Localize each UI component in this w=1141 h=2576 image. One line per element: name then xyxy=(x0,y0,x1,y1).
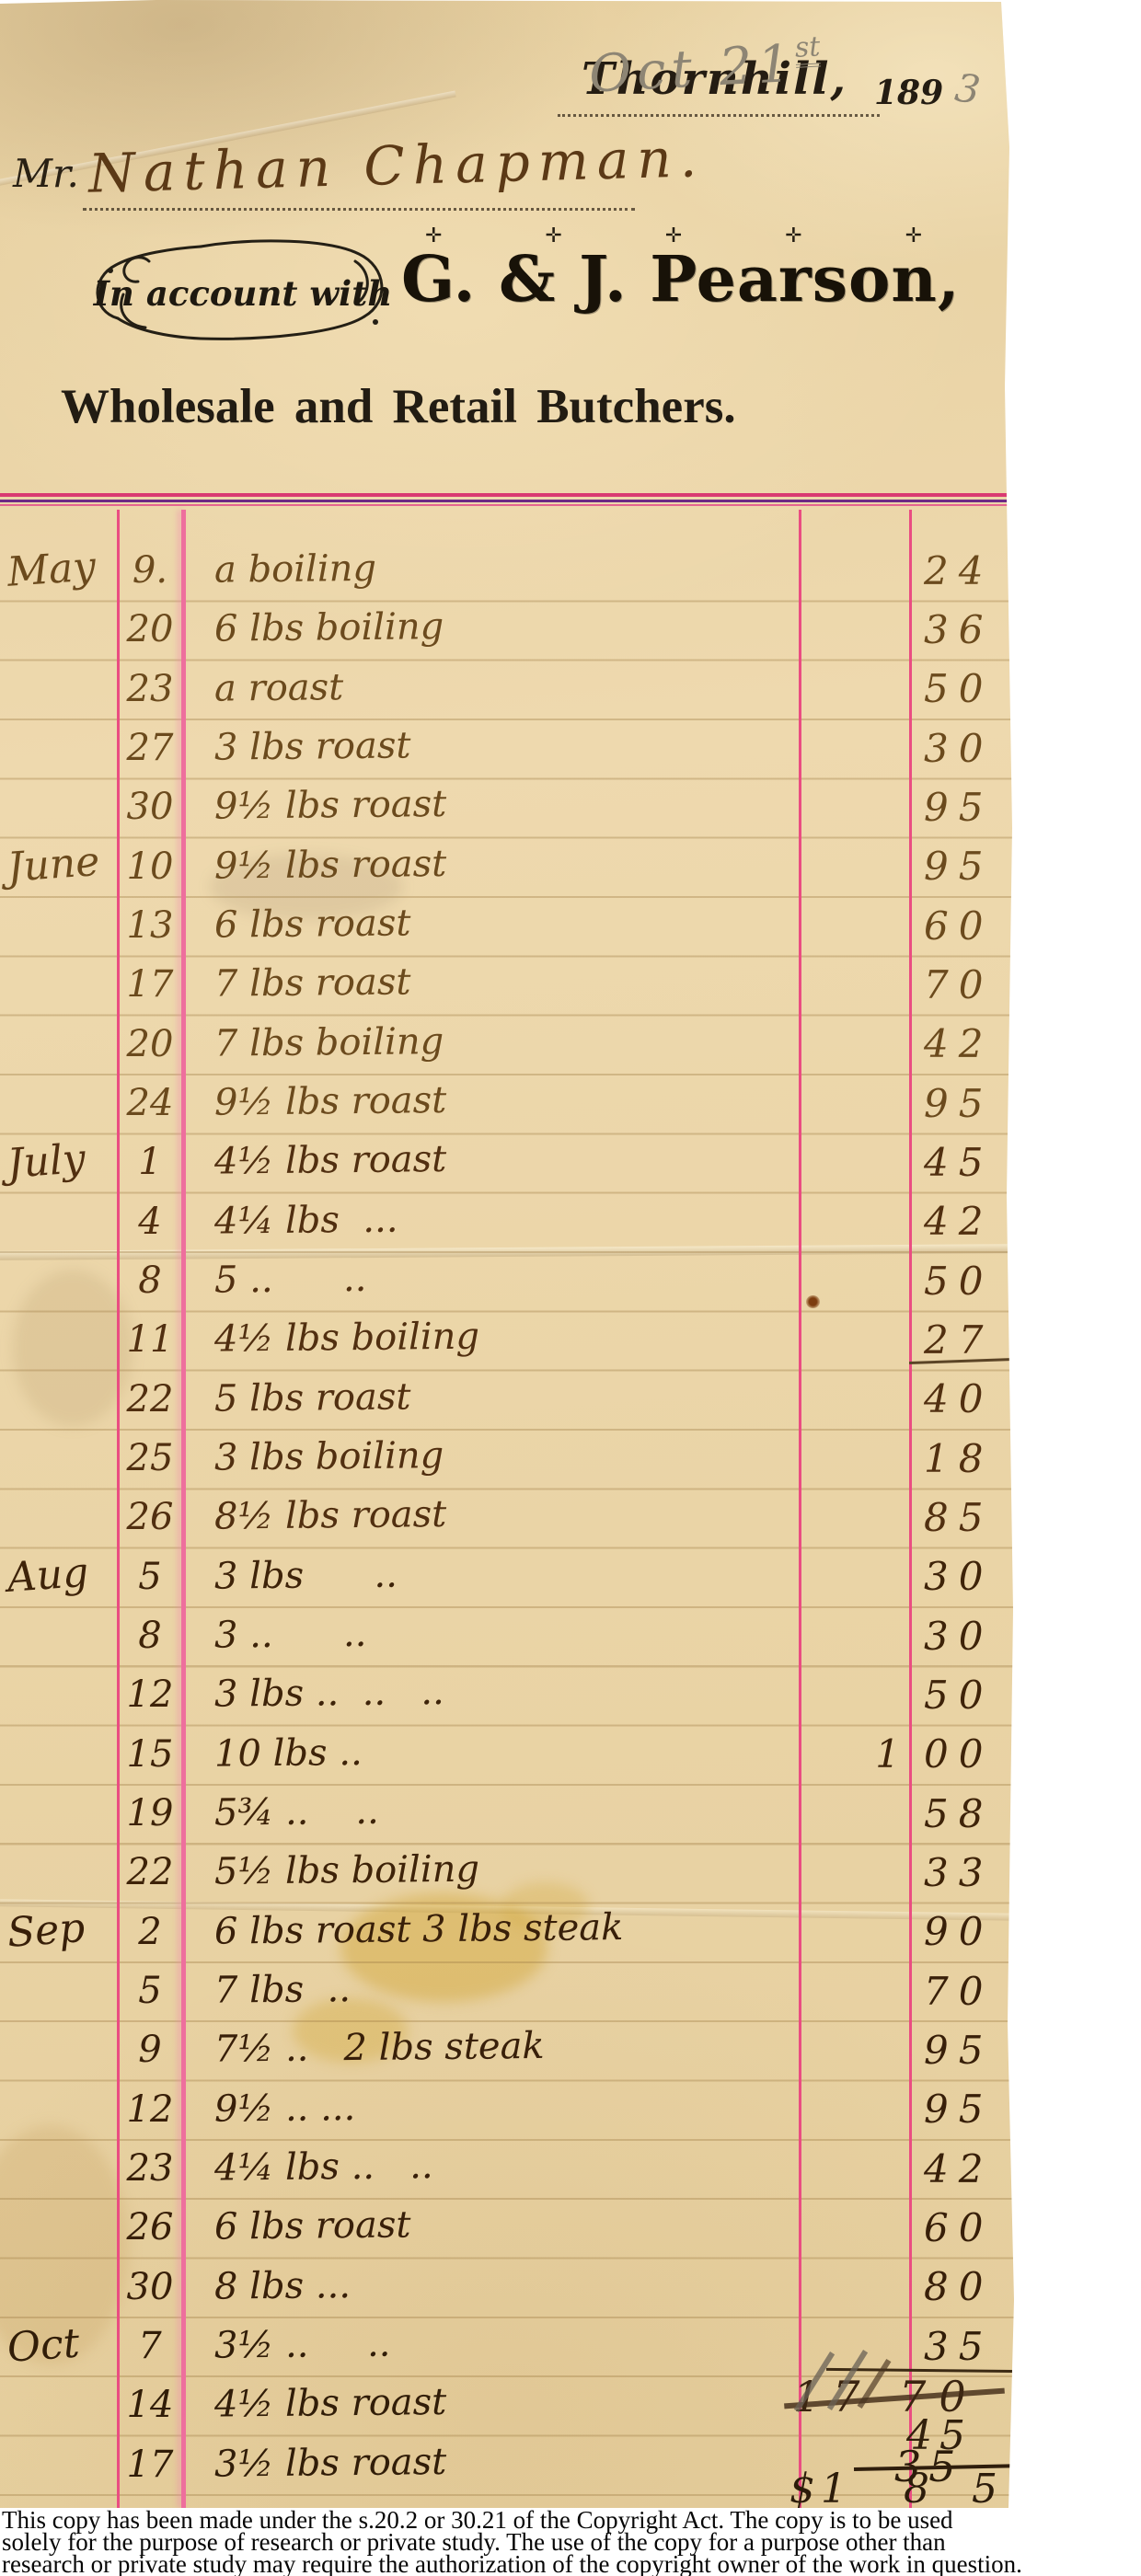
day-cell: 26 xyxy=(117,2206,183,2248)
month-cell xyxy=(0,1215,117,1224)
day-cell: 15 xyxy=(117,1733,183,1776)
description-cell: 4½ lbs roast xyxy=(183,1134,799,1183)
cents-cell: 45 xyxy=(909,1140,1015,1185)
day-cell: 20 xyxy=(117,608,183,650)
description-cell: 3 lbs boiling xyxy=(183,1431,799,1479)
month-cell xyxy=(0,1630,117,1639)
cents-cell: 40 xyxy=(909,1376,1015,1421)
ledger-row: 44¼ lbs ...42 xyxy=(0,1192,1015,1251)
description-cell: 4½ lbs boiling xyxy=(183,1312,799,1361)
ledger-row: 266 lbs roast60 xyxy=(0,2198,1015,2257)
ledger-row: 123 lbs .. .. ..50 xyxy=(0,1665,1015,1724)
month-cell: July xyxy=(0,1133,118,1189)
cents-cell: 70 xyxy=(909,962,1015,1007)
day-cell: 22 xyxy=(117,1851,183,1893)
description-cell: 4¼ lbs ... xyxy=(183,1194,799,1243)
cents-cell: 33 xyxy=(909,1850,1015,1895)
ledger-row: 85 .. ..50 xyxy=(0,1251,1015,1310)
month-cell xyxy=(0,1512,117,1520)
description-cell: a roast xyxy=(183,661,799,710)
ledger-row: 177 lbs roast70 xyxy=(0,955,1015,1014)
ledger-row: 1510 lbs ..100 xyxy=(0,1725,1015,1784)
day-cell: 8 xyxy=(117,1259,183,1302)
day-cell: 12 xyxy=(117,2088,183,2131)
firm-name: G. & J. Pearson, xyxy=(401,243,961,316)
ledger-row: July14½ lbs roast45 xyxy=(0,1133,1015,1191)
handwritten-date: Oct 21st xyxy=(587,30,822,104)
day-cell: 9. xyxy=(117,549,183,592)
ledger-rows: May9.a boiling24206 lbs boiling3623a roa… xyxy=(0,541,1015,2494)
day-cell: 4 xyxy=(117,1201,183,1243)
ledger-row: 206 lbs boiling36 xyxy=(0,600,1015,659)
ledger-row: Sep26 lbs roast 3 lbs steak90 xyxy=(0,1903,1015,1961)
cents-cell: 95 xyxy=(909,785,1015,830)
description-cell: 3 lbs .. xyxy=(183,1549,799,1598)
ledger-row: 83 .. ..30 xyxy=(0,1606,1015,1665)
ledger-row: 225½ lbs boiling33 xyxy=(0,1843,1015,1902)
month-cell xyxy=(0,1867,117,1875)
ledger-row: 225 lbs roast40 xyxy=(0,1370,1015,1429)
day-cell: 9 xyxy=(117,2029,183,2071)
month-cell xyxy=(0,1689,117,1697)
ledger-row: 308 lbs ...80 xyxy=(0,2258,1015,2317)
month-cell xyxy=(0,920,117,928)
month-cell xyxy=(0,1985,117,1994)
handwritten-year: 3 xyxy=(952,64,983,112)
ledger-row: 114½ lbs boiling27 xyxy=(0,1310,1015,1369)
ledger-row: 234¼ lbs .. ..42 xyxy=(0,2139,1015,2198)
description-cell: 9½ lbs roast xyxy=(183,779,799,828)
ledger-row: 23a roast50 xyxy=(0,660,1015,719)
firm-tagline: Wholesale and Retail Butchers. xyxy=(61,379,736,434)
description-cell: 8½ lbs roast xyxy=(183,1489,799,1538)
month-cell xyxy=(0,624,117,632)
day-cell: 30 xyxy=(117,2266,183,2308)
description-cell: 5 .. .. xyxy=(183,1253,799,1302)
day-cell: 25 xyxy=(117,1437,183,1479)
description-cell: 5 lbs roast xyxy=(183,1372,799,1420)
description-cell: 9½ lbs roast xyxy=(183,839,799,888)
month-cell xyxy=(0,1038,117,1046)
cents-cell: 30 xyxy=(909,1614,1015,1659)
day-cell: 30 xyxy=(117,786,183,828)
day-cell: 17 xyxy=(117,2444,183,2486)
description-cell: 6 lbs roast 3 lbs steak xyxy=(183,1904,799,1953)
ledger-row: June109½ lbs roast95 xyxy=(0,837,1015,896)
description-cell: 7 lbs roast xyxy=(183,957,799,1006)
month-cell: June xyxy=(0,837,118,892)
cents-cell: 95 xyxy=(909,1081,1015,1126)
ledger-row: 129½ .. ...95 xyxy=(0,2080,1015,2139)
day-cell: 27 xyxy=(117,727,183,769)
month-cell xyxy=(0,683,117,691)
month-cell: Oct xyxy=(0,2317,118,2372)
day-cell: 11 xyxy=(117,1318,183,1361)
cents-cell: 80 xyxy=(909,2264,1015,2309)
month-cell xyxy=(0,2163,117,2171)
header-rule-pink xyxy=(0,493,1015,497)
description-cell: 6 lbs roast xyxy=(183,898,799,947)
header-rule-pink-thin xyxy=(0,504,1015,506)
header-rule-purple xyxy=(0,500,1015,502)
day-cell: 8 xyxy=(117,1615,183,1657)
cents-cell: 42 xyxy=(909,1199,1015,1244)
description-cell: 3½ .. .. xyxy=(183,2318,799,2367)
cents-cell: 27 xyxy=(909,1317,1015,1363)
description-cell: 5½ lbs boiling xyxy=(183,1845,799,1893)
day-cell: 17 xyxy=(117,963,183,1006)
description-cell: 3 lbs .. .. .. xyxy=(183,1667,799,1716)
description-cell: 6 lbs roast xyxy=(183,2200,799,2248)
description-cell: 7½ .. 2 lbs steak xyxy=(183,2022,799,2071)
cents-cell: 50 xyxy=(909,666,1015,711)
month-cell xyxy=(0,2044,117,2053)
ledger-row: 57 lbs ..70 xyxy=(0,1961,1015,2020)
ledger-row: Aug53 lbs ..30 xyxy=(0,1547,1015,1606)
description-cell: 4¼ lbs .. .. xyxy=(183,2141,799,2190)
description-cell: 5¾ .. .. xyxy=(183,1786,799,1834)
description-cell: 3 lbs roast xyxy=(183,720,799,769)
date-ordinal: st xyxy=(794,30,821,67)
day-cell: 24 xyxy=(117,1082,183,1124)
ledger-row: 253 lbs boiling18 xyxy=(0,1429,1015,1488)
cents-cell: 95 xyxy=(909,2087,1015,2132)
day-cell: 10 xyxy=(117,845,183,888)
cents-cell: 30 xyxy=(909,1554,1015,1599)
day-cell: 22 xyxy=(117,1378,183,1420)
day-cell: 12 xyxy=(117,1673,183,1716)
month-cell xyxy=(0,1808,117,1816)
cents-cell: 24 xyxy=(909,548,1015,593)
day-cell: 23 xyxy=(117,668,183,710)
cents-cell: 85 xyxy=(909,1495,1015,1540)
year-line: 189 3 xyxy=(874,68,979,113)
month-cell xyxy=(0,1453,117,1461)
salutation: Mr. xyxy=(13,151,79,196)
dollars-cell: 1 xyxy=(799,1731,909,1777)
cents-cell: 30 xyxy=(909,726,1015,771)
copyright-notice: This copy has been made under the s.20.2… xyxy=(2,2509,1139,2575)
month-cell xyxy=(0,2458,117,2467)
cents-cell: 35 xyxy=(909,2324,1015,2369)
ledger-row: 97½ .. 2 lbs steak95 xyxy=(0,2020,1015,2079)
cents-cell: 70 xyxy=(909,1969,1015,2014)
month-cell xyxy=(0,2399,117,2408)
day-cell: 1 xyxy=(117,1141,183,1183)
cents-cell: 95 xyxy=(909,2028,1015,2073)
month-cell xyxy=(0,742,117,751)
cents-cell: 36 xyxy=(909,607,1015,652)
month-cell xyxy=(0,1393,117,1401)
description-cell: 3 .. .. xyxy=(183,1608,799,1657)
day-cell: 20 xyxy=(117,1023,183,1065)
day-cell: 13 xyxy=(117,904,183,947)
cents-cell: 90 xyxy=(909,1909,1015,1954)
printed-year: 189 xyxy=(874,74,943,112)
ledger-row: 309½ lbs roast95 xyxy=(0,777,1015,836)
month-cell xyxy=(0,801,117,810)
cents-cell: 50 xyxy=(909,1259,1015,1304)
ledger-row: 136 lbs roast60 xyxy=(0,896,1015,955)
day-cell: 2 xyxy=(117,1911,183,1953)
cents-cell: 42 xyxy=(909,1021,1015,1066)
cents-cell: 18 xyxy=(909,1436,1015,1481)
month-cell: Sep xyxy=(0,1903,118,1958)
ledger-row: 195¾ .. ..58 xyxy=(0,1784,1015,1843)
in-account-with-ribbon: In account with xyxy=(90,230,396,357)
month-cell xyxy=(0,2103,117,2111)
description-cell: 7 lbs .. xyxy=(183,1963,799,2012)
ledger-row: 249½ lbs roast95 xyxy=(0,1074,1015,1133)
date-day: Oct 21 xyxy=(588,34,798,105)
description-cell: a boiling xyxy=(183,543,799,592)
description-cell: 10 lbs .. xyxy=(183,1727,799,1776)
month-cell xyxy=(0,1748,117,1756)
description-cell: 7 lbs boiling xyxy=(183,1017,799,1065)
day-cell: 14 xyxy=(117,2384,183,2426)
description-cell: 8 lbs ... xyxy=(183,2260,799,2308)
ledger-sheet: Thornhill, Oct 21st 189 3 Mr. Nathan Cha… xyxy=(0,0,1015,2508)
day-cell: 26 xyxy=(117,1496,183,1538)
cents-cell: 95 xyxy=(909,844,1015,889)
day-cell: 23 xyxy=(117,2147,183,2190)
ledger-row: 268½ lbs roast85 xyxy=(0,1488,1015,1547)
day-cell: 19 xyxy=(117,1792,183,1834)
ledger-row: 273 lbs roast30 xyxy=(0,719,1015,777)
ledger-row: Oct73½ .. ..35 xyxy=(0,2317,1015,2375)
date-rule xyxy=(558,114,880,117)
cents-cell: 60 xyxy=(909,903,1015,949)
cents-cell: 50 xyxy=(909,1673,1015,1718)
month-cell xyxy=(0,2281,117,2289)
month-cell: May xyxy=(0,541,118,596)
ledger-row: May9.a boiling24 xyxy=(0,541,1015,600)
day-cell: 7 xyxy=(117,2325,183,2367)
ledger-row: 207 lbs boiling42 xyxy=(0,1015,1015,1074)
day-cell: 5 xyxy=(117,1556,183,1598)
month-cell xyxy=(0,1334,117,1342)
cents-cell: 00 xyxy=(909,1731,1015,1777)
customer-rule xyxy=(83,208,635,211)
cents-cell: 42 xyxy=(909,2146,1015,2191)
ribbon-text: In account with xyxy=(93,273,392,314)
month-cell: Aug xyxy=(0,1547,118,1603)
month-cell xyxy=(0,979,117,987)
customer-name: Nathan Chapman. xyxy=(87,126,706,205)
month-cell xyxy=(0,1098,117,1106)
cents-cell: 58 xyxy=(909,1791,1015,1836)
cents-cell: 60 xyxy=(909,2205,1015,2250)
day-cell: 5 xyxy=(117,1970,183,2012)
description-cell: 9½ lbs roast xyxy=(183,1075,799,1124)
ledger-table: May9.a boiling24206 lbs boiling3623a roa… xyxy=(0,510,1015,2508)
description-cell: 4½ lbs roast xyxy=(183,2377,799,2426)
month-cell xyxy=(0,1275,117,1283)
description-cell: 3½ lbs roast xyxy=(183,2437,799,2486)
description-cell: 9½ .. ... xyxy=(183,2082,799,2131)
description-cell: 6 lbs boiling xyxy=(183,602,799,650)
month-cell xyxy=(0,2222,117,2230)
copyright-line: research or private study may require th… xyxy=(2,2553,1139,2575)
